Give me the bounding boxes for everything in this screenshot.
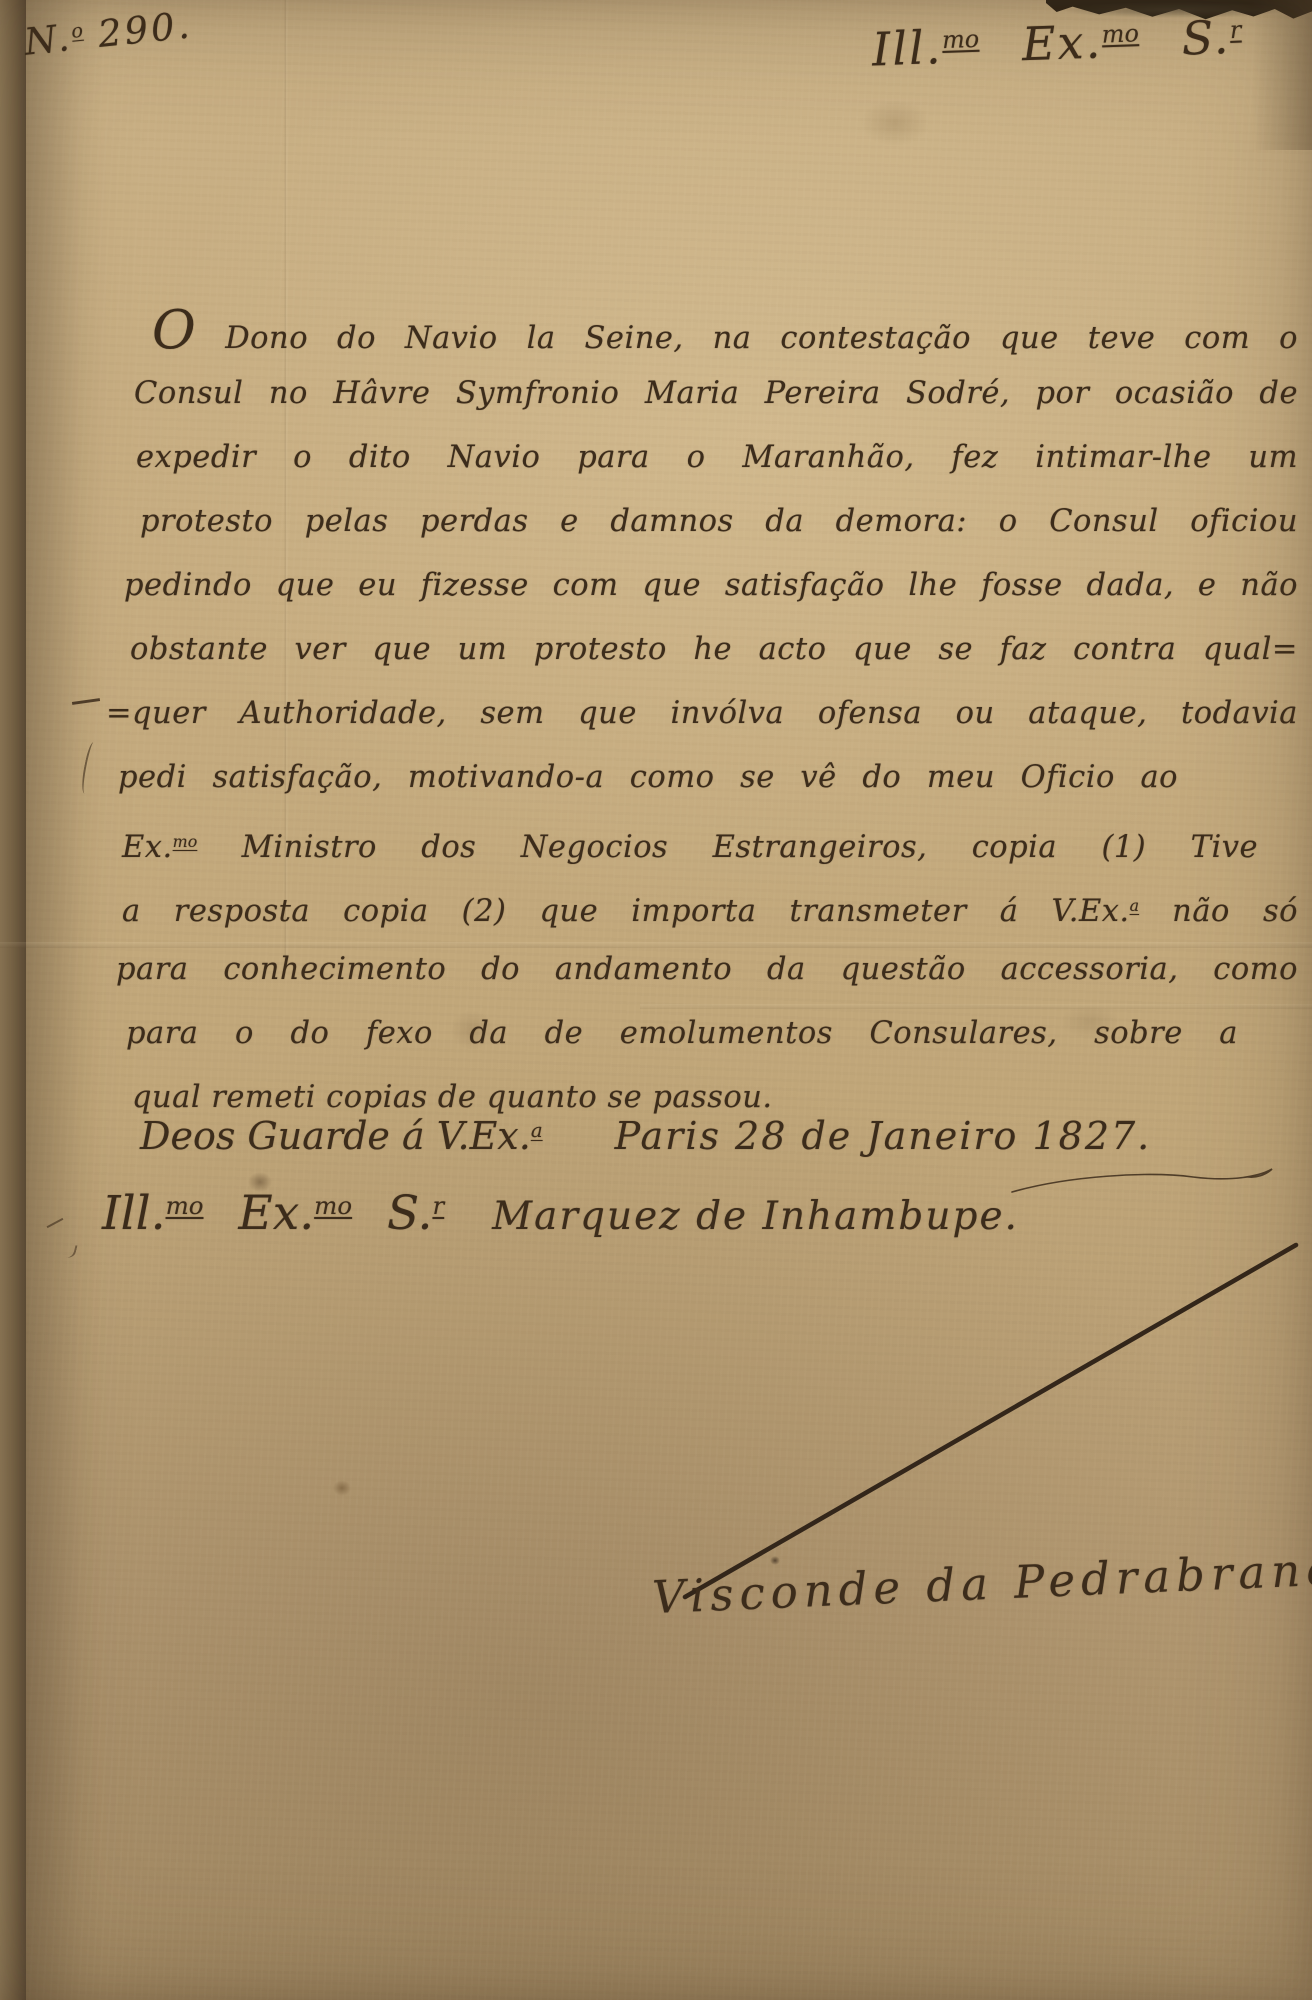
address-salutation: Ill.mo Ex.mo S.r — [102, 1186, 444, 1241]
paper-stain — [860, 100, 930, 146]
body-line: expedir o dito Navio para o Maranhão, fe… — [136, 426, 1298, 490]
letter-body: O Dono do Navio la Seine, na contestação… — [140, 298, 1298, 1130]
paper-stain — [333, 1480, 351, 1496]
body-line: obstante ver que um protesto he acto que… — [130, 618, 1298, 682]
body-line: Consul no Hâvre Symfronio Maria Pereira … — [134, 362, 1298, 426]
top-right-corner-shadow — [1252, 0, 1312, 150]
closing-salute: Deos Guarde á V.Ex.a — [140, 1114, 543, 1158]
body-line: a resposta copia (2) que importa transme… — [122, 874, 1298, 938]
body-line: para conhecimento do andamento da questã… — [116, 938, 1298, 1002]
left-fold-shadow — [26, 0, 104, 2000]
body-line: protesto pelas perdas e damnos da demora… — [140, 490, 1298, 554]
closing-line: Deos Guarde á V.Ex.aParis 28 de Janeiro … — [140, 1114, 1151, 1158]
page-left-edge — [0, 0, 26, 2000]
body-line: O Dono do Navio la Seine, na contestação… — [152, 298, 1298, 362]
pen-flourish-dash — [1008, 1162, 1280, 1202]
body-line: pedindo que eu fizesse com que satisfaçã… — [124, 554, 1298, 618]
body-line: =quer Authoridade, sem que invólva ofens… — [106, 682, 1298, 746]
date-place-line: Paris 28 de Janeiro 1827. — [615, 1114, 1152, 1158]
body-line: Ex.mo Ministro dos Negocios Estrangeiros… — [122, 810, 1258, 874]
manuscript-page: N.o 290. Ill.mo Ex.mo S.r O Dono do Navi… — [0, 0, 1312, 2000]
body-line: pedi satisfação, motivando-a como se vê … — [118, 746, 1178, 810]
salutation-top: Ill.mo Ex.mo S.r — [871, 10, 1242, 77]
body-line: para o do fexo da de emolumentos Consula… — [126, 1002, 1238, 1066]
